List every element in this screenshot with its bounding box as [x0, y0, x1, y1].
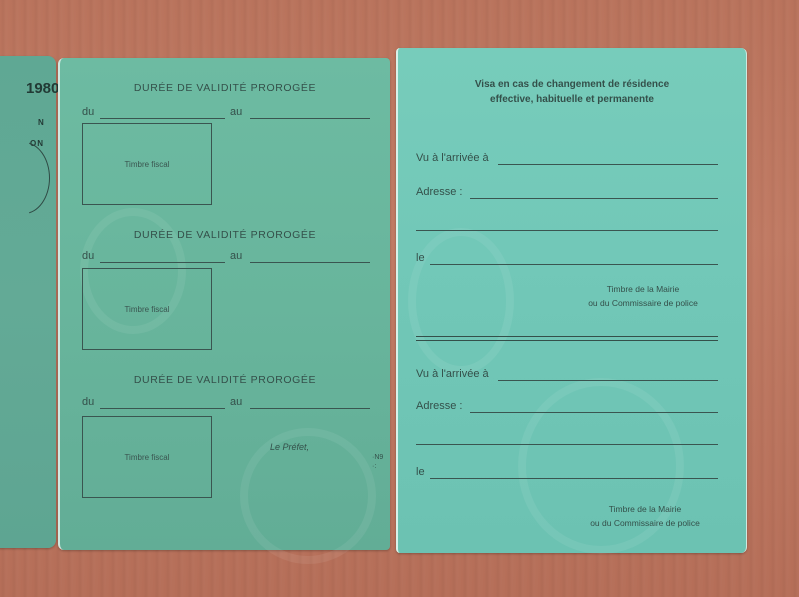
- validity-title: DURÉE DE VALIDITÉ PROROGÉE: [60, 374, 390, 386]
- to-label: au: [230, 396, 242, 408]
- address-field-line-2[interactable]: [416, 230, 718, 231]
- stamp-label: Timbre fiscal: [124, 453, 169, 462]
- visa-title-line-2: effective, habituelle et permanente: [398, 92, 746, 107]
- issue-year: 1980: [26, 80, 59, 97]
- stamp-line-1: Timbre de la Mairie: [560, 502, 730, 516]
- to-label: au: [230, 106, 242, 118]
- address-label: Adresse :: [416, 186, 462, 198]
- to-date-field[interactable]: [250, 408, 370, 409]
- date-field[interactable]: [430, 478, 718, 479]
- stamp-label: Timbre fiscal: [124, 305, 169, 314]
- from-label: du: [82, 106, 94, 118]
- date-label: le: [416, 466, 425, 478]
- stamp-line-2: ou du Commissaire de police: [560, 516, 730, 530]
- stamp-label: Timbre fiscal: [124, 160, 169, 169]
- official-seal-stamp: [0, 142, 50, 214]
- section-divider: [416, 336, 718, 341]
- date-label: le: [416, 252, 425, 264]
- date-field[interactable]: [430, 264, 718, 265]
- prefect-signature-label: Le Préfet,: [270, 442, 309, 452]
- arrival-city-field[interactable]: [498, 164, 718, 165]
- fiscal-stamp-box: Timbre fiscal: [82, 416, 212, 498]
- from-label: du: [82, 250, 94, 262]
- residence-change-visa-page: Visa en cas de changement de résidence e…: [396, 48, 747, 553]
- to-label: au: [230, 250, 242, 262]
- address-field-line-2[interactable]: [416, 444, 718, 445]
- arrival-label: Vu à l'arrivée à: [416, 152, 489, 164]
- from-label: du: [82, 396, 94, 408]
- fiscal-stamp-box: Timbre fiscal: [82, 123, 212, 205]
- arrival-city-field[interactable]: [498, 380, 718, 381]
- fiscal-stamp-box: Timbre fiscal: [82, 268, 212, 350]
- town-hall-stamp-area: Timbre de la Mairie ou du Commissaire de…: [560, 502, 730, 530]
- visa-title: Visa en cas de changement de résidence e…: [398, 77, 746, 107]
- arrival-label: Vu à l'arrivée à: [416, 368, 489, 380]
- stamp-line-2: ou du Commissaire de police: [558, 296, 728, 310]
- far-left-page: 1980 N ON: [0, 56, 56, 548]
- from-date-field[interactable]: [100, 408, 225, 409]
- address-field[interactable]: [470, 198, 718, 199]
- from-date-field[interactable]: [100, 118, 225, 119]
- from-date-field[interactable]: [100, 262, 225, 263]
- watermark: [408, 228, 514, 374]
- validity-title: DURÉE DE VALIDITÉ PROROGÉE: [60, 82, 390, 94]
- validity-extension-page: DURÉE DE VALIDITÉ PROROGÉE du au Timbre …: [58, 58, 390, 550]
- to-date-field[interactable]: [250, 118, 370, 119]
- handwritten-mark: ·N9·:: [372, 453, 383, 471]
- visa-title-line-1: Visa en cas de changement de résidence: [398, 77, 746, 92]
- address-field[interactable]: [470, 412, 718, 413]
- stamp-line-1: Timbre de la Mairie: [558, 282, 728, 296]
- text-fragment: N: [38, 118, 44, 127]
- to-date-field[interactable]: [250, 262, 370, 263]
- town-hall-stamp-area: Timbre de la Mairie ou du Commissaire de…: [558, 282, 728, 310]
- address-label: Adresse :: [416, 400, 462, 412]
- validity-title: DURÉE DE VALIDITÉ PROROGÉE: [60, 229, 390, 241]
